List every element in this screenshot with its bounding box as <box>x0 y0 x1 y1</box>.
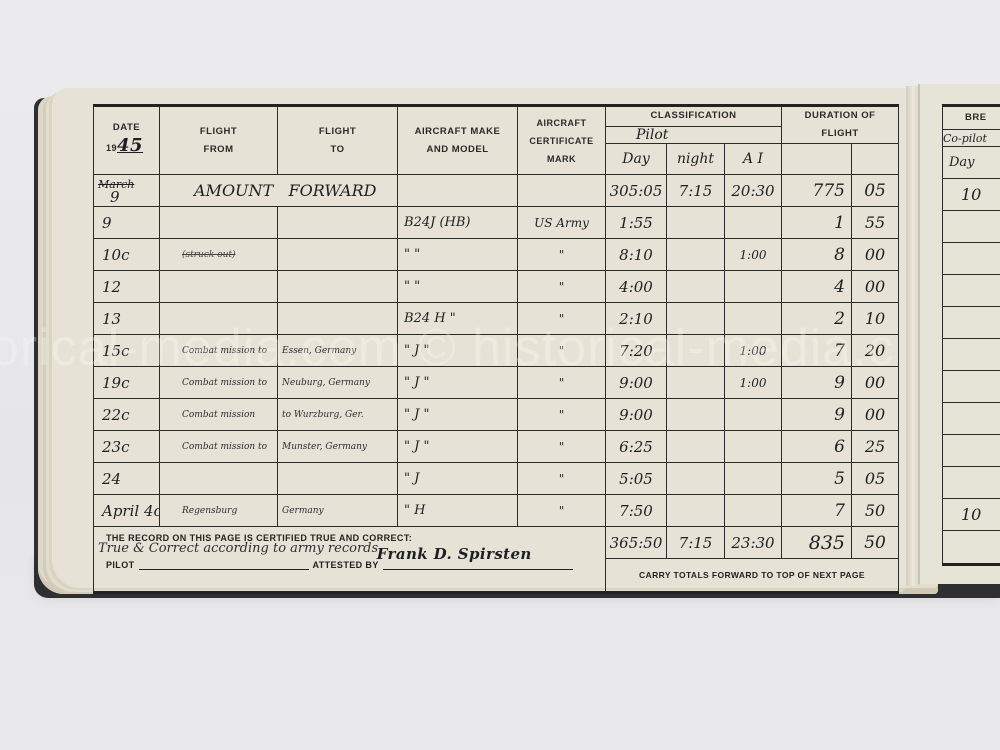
entry-hours: 1 <box>782 207 852 239</box>
entry-night <box>667 431 725 463</box>
entry-night <box>667 335 725 367</box>
next-page-cell <box>943 371 1000 403</box>
entry-minutes: 55 <box>852 207 899 239</box>
header-row: DATE 1945 FLIGHT FROM FLIGHT TO AIRCRAFT… <box>94 106 899 127</box>
next-page-footer-cell <box>943 531 1000 565</box>
entry-night <box>667 271 725 303</box>
next-page-cell <box>943 275 1000 307</box>
next-page-total: 10 <box>943 499 1000 531</box>
entry-to <box>278 463 398 495</box>
next-page-day: Day <box>943 147 1000 179</box>
entry-minutes: 10 <box>852 303 899 335</box>
entry-aircraft: " " <box>398 239 518 271</box>
entry-date: 15c <box>94 335 160 367</box>
entry-aircraft: B24 H " <box>398 303 518 335</box>
flight-to-header: FLIGHT TO <box>278 106 398 175</box>
next-page-cell <box>943 339 1000 371</box>
entry-from: Combat mission <box>160 399 278 431</box>
entry-day: 7:20 <box>606 335 667 367</box>
forward-month: March <box>98 178 159 191</box>
entry-from: Regensburg <box>160 495 278 527</box>
flight-entry-row: 23cCombat mission toMunster, Germany" J … <box>94 431 899 463</box>
entry-ai <box>725 399 782 431</box>
entry-to <box>278 239 398 271</box>
col-day-header: Day <box>606 144 667 175</box>
entry-day: 6:25 <box>606 431 667 463</box>
duration-minutes-header <box>852 144 899 175</box>
entry-aircraft: " " <box>398 271 518 303</box>
entry-ai <box>725 495 782 527</box>
entry-hours: 7 <box>782 495 852 527</box>
flight-entry-row: 22cCombat missionto Wurzburg, Ger." J ""… <box>94 399 899 431</box>
flight-entries: 9B24J (HB)US Army1:5515510c(struck out)"… <box>94 207 899 527</box>
entry-hours: 7 <box>782 335 852 367</box>
entry-date: April 4c <box>94 495 160 527</box>
certification-block: THE RECORD ON THIS PAGE IS CERTIFIED TRU… <box>94 527 606 593</box>
entry-cert: " <box>518 399 606 431</box>
total-day: 365:50 <box>606 527 667 559</box>
next-page-cell <box>943 211 1000 243</box>
entry-day: 9:00 <box>606 399 667 431</box>
entry-to <box>278 207 398 239</box>
entry-day: 5:05 <box>606 463 667 495</box>
entry-night <box>667 399 725 431</box>
entry-ai: 1:00 <box>725 239 782 271</box>
entry-hours: 5 <box>782 463 852 495</box>
forward-cert <box>518 175 606 207</box>
entry-to: Munster, Germany <box>278 431 398 463</box>
entry-aircraft: " H <box>398 495 518 527</box>
entry-ai: 1:00 <box>725 335 782 367</box>
entry-ai <box>725 271 782 303</box>
total-night: 7:15 <box>667 527 725 559</box>
total-ai: 23:30 <box>725 527 782 559</box>
entry-minutes: 20 <box>852 335 899 367</box>
entry-minutes: 00 <box>852 399 899 431</box>
flight-entry-row: 9B24J (HB)US Army1:55155 <box>94 207 899 239</box>
next-page-first-value: 10 <box>943 179 1000 211</box>
entry-to: Essen, Germany <box>278 335 398 367</box>
next-page-cell <box>943 403 1000 435</box>
forward-aircraft <box>398 175 518 207</box>
flight-log-table: DATE 1945 FLIGHT FROM FLIGHT TO AIRCRAFT… <box>93 104 899 594</box>
entry-day: 4:00 <box>606 271 667 303</box>
entry-night <box>667 367 725 399</box>
entry-to: Neuburg, Germany <box>278 367 398 399</box>
forward-night-time: 7:15 <box>667 175 725 207</box>
entry-to: to Wurzburg, Ger. <box>278 399 398 431</box>
attested-signature-line: Frank D. Spirsten <box>383 569 573 570</box>
classification-pilot: Pilot <box>606 126 782 143</box>
entry-minutes: 00 <box>852 239 899 271</box>
aircraft-make-header: AIRCRAFT MAKE AND MODEL <box>398 106 518 175</box>
flight-entry-row: 24" J"5:05505 <box>94 463 899 495</box>
year-prefix: 19 <box>106 143 117 153</box>
entry-aircraft: B24J (HB) <box>398 207 518 239</box>
next-page-cell <box>943 467 1000 499</box>
entry-day: 2:10 <box>606 303 667 335</box>
total-minutes: 50 <box>852 527 899 559</box>
entry-cert: " <box>518 239 606 271</box>
entry-to: Germany <box>278 495 398 527</box>
entry-hours: 2 <box>782 303 852 335</box>
pilot-label: PILOT <box>106 560 135 570</box>
amount-forward-row: March 9 AMOUNT FORWARD 305:05 7:15 20:30… <box>94 175 899 207</box>
entry-cert: " <box>518 495 606 527</box>
entry-date: 24 <box>94 463 160 495</box>
entry-cert: " <box>518 335 606 367</box>
entry-day: 9:00 <box>606 367 667 399</box>
entry-day: 7:50 <box>606 495 667 527</box>
entry-ai <box>725 463 782 495</box>
entry-ai: 1:00 <box>725 367 782 399</box>
carry-forward-note: CARRY TOTALS FORWARD TO TOP OF NEXT PAGE <box>606 559 899 593</box>
forward-day: 9 <box>98 191 159 204</box>
entry-ai <box>725 303 782 335</box>
entry-to <box>278 303 398 335</box>
entry-cert: " <box>518 463 606 495</box>
entry-aircraft: " J " <box>398 431 518 463</box>
entry-night <box>667 495 725 527</box>
entry-ai <box>725 431 782 463</box>
entry-date: 13 <box>94 303 160 335</box>
certification-row: THE RECORD ON THIS PAGE IS CERTIFIED TRU… <box>94 527 899 559</box>
entry-night <box>667 463 725 495</box>
forward-ai-time: 20:30 <box>725 175 782 207</box>
entry-from: Combat mission to <box>160 431 278 463</box>
flight-entry-row: 19cCombat mission toNeuburg, Germany" J … <box>94 367 899 399</box>
aircraft-cert-header: AIRCRAFT CERTIFICATE MARK <box>518 106 606 175</box>
entry-from <box>160 207 278 239</box>
entry-date: 19c <box>94 367 160 399</box>
entry-hours: 8 <box>782 239 852 271</box>
entry-cert: " <box>518 303 606 335</box>
date-header: DATE 1945 <box>94 106 160 175</box>
flight-from-header: FLIGHT FROM <box>160 106 278 175</box>
entry-aircraft: " J " <box>398 367 518 399</box>
entry-date: 22c <box>94 399 160 431</box>
entry-from: Combat mission to <box>160 335 278 367</box>
pilot-signature-line <box>139 569 309 570</box>
year-suffix: 45 <box>117 135 143 156</box>
flight-entry-row: 12" ""4:00400 <box>94 271 899 303</box>
forward-date: March 9 <box>94 175 160 207</box>
entry-cert: US Army <box>518 207 606 239</box>
entry-date: 9 <box>94 207 160 239</box>
entry-hours: 4 <box>782 271 852 303</box>
next-page-cell <box>943 307 1000 339</box>
forward-day-time: 305:05 <box>606 175 667 207</box>
entry-date: 10c <box>94 239 160 271</box>
entry-night <box>667 303 725 335</box>
entry-from: (struck out) <box>160 239 278 271</box>
forward-minutes: 05 <box>852 175 899 207</box>
signature-line: PILOT ATTESTED BY Frank D. Spirsten <box>94 556 605 570</box>
attested-label: ATTESTED BY <box>313 560 379 570</box>
attested-signature: Frank D. Spirsten <box>377 545 532 563</box>
entry-day: 1:55 <box>606 207 667 239</box>
next-page-header: BRE <box>943 106 1000 130</box>
entry-aircraft: " J " <box>398 335 518 367</box>
next-page-cell <box>943 243 1000 275</box>
entry-from <box>160 463 278 495</box>
entry-date: 23c <box>94 431 160 463</box>
entry-minutes: 25 <box>852 431 899 463</box>
flight-entry-row: 10c(struck out)" ""8:101:00800 <box>94 239 899 271</box>
entry-from: Combat mission to <box>160 367 278 399</box>
entry-ai <box>725 207 782 239</box>
entry-hours: 9 <box>782 399 852 431</box>
entry-minutes: 05 <box>852 463 899 495</box>
classification-header: CLASSIFICATION <box>606 106 782 127</box>
flight-entry-row: April 4cRegensburgGermany" H"7:50750 <box>94 495 899 527</box>
entry-day: 8:10 <box>606 239 667 271</box>
entry-night <box>667 207 725 239</box>
col-ai-header: A I <box>725 144 782 175</box>
entry-cert: " <box>518 431 606 463</box>
total-hours: 835 <box>782 527 852 559</box>
entry-date: 12 <box>94 271 160 303</box>
entry-minutes: 50 <box>852 495 899 527</box>
entry-from <box>160 303 278 335</box>
amount-forward-label: AMOUNT FORWARD <box>160 175 398 207</box>
entry-night <box>667 239 725 271</box>
duration-header: DURATION OF FLIGHT <box>782 106 899 144</box>
entry-hours: 9 <box>782 367 852 399</box>
next-page-cell <box>943 435 1000 467</box>
next-page-sub: Co-pilot <box>943 130 1000 147</box>
entry-cert: " <box>518 367 606 399</box>
entry-from <box>160 271 278 303</box>
entry-aircraft: " J <box>398 463 518 495</box>
flight-entry-row: 15cCombat mission toEssen, Germany" J ""… <box>94 335 899 367</box>
forward-hours: 775 <box>782 175 852 207</box>
entry-minutes: 00 <box>852 367 899 399</box>
col-night-header: night <box>667 144 725 175</box>
duration-hours-header <box>782 144 852 175</box>
entry-to <box>278 271 398 303</box>
next-page-table: BRE Co-pilot Day 10 10 <box>942 104 1000 566</box>
flight-entry-row: 13B24 H ""2:10210 <box>94 303 899 335</box>
entry-hours: 6 <box>782 431 852 463</box>
entry-minutes: 00 <box>852 271 899 303</box>
entry-cert: " <box>518 271 606 303</box>
entry-aircraft: " J " <box>398 399 518 431</box>
